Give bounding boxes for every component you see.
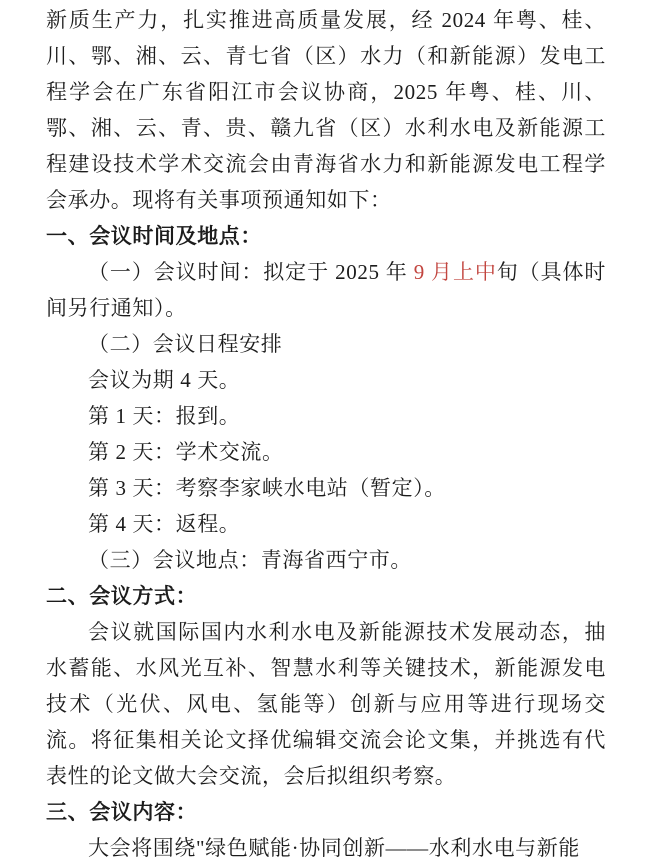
paragraph: 第 2 天：学术交流。 bbox=[46, 434, 606, 470]
paragraph: （二）会议日程安排 bbox=[46, 326, 606, 362]
document-content: 新质生产力，扎实推进高质量发展，经 2024 年粤、桂、川、鄂、湘、云、青七省（… bbox=[46, 2, 606, 866]
section-heading: 二、会议方式： bbox=[46, 578, 606, 614]
text-run: 第 2 天：学术交流。 bbox=[88, 440, 284, 464]
paragraph: 新质生产力，扎实推进高质量发展，经 2024 年粤、桂、川、鄂、湘、云、青七省（… bbox=[46, 2, 606, 218]
paragraph: （三）会议地点：青海省西宁市。 bbox=[46, 542, 606, 578]
text-run: 第 4 天：返程。 bbox=[88, 512, 240, 536]
paragraph: 第 4 天：返程。 bbox=[46, 506, 606, 542]
text-run: 会议为期 4 天。 bbox=[88, 368, 240, 392]
text-run: 第 1 天：报到。 bbox=[88, 404, 240, 428]
paragraph: 第 3 天：考察李家峡水电站（暂定）。 bbox=[46, 470, 606, 506]
paragraph: 第 1 天：报到。 bbox=[46, 398, 606, 434]
text-run: （一）会议时间：拟定于 2025 年 bbox=[88, 260, 414, 284]
text-run: 新质生产力，扎实推进高质量发展，经 2024 年粤、桂、川、鄂、湘、云、青七省（… bbox=[46, 8, 606, 212]
text-run: （二）会议日程安排 bbox=[88, 332, 282, 356]
text-run: 二、会议方式： bbox=[46, 584, 197, 608]
text-run: 大会将围绕"绿色赋能·协同创新——水利水电与新能 bbox=[88, 836, 580, 860]
highlighted-date-text: 9 月上中 bbox=[414, 260, 497, 284]
paragraph: （一）会议时间：拟定于 2025 年 9 月上中旬（具体时间另行通知）。 bbox=[46, 254, 606, 326]
text-run: 一、会议时间及地点： bbox=[46, 224, 262, 248]
section-heading: 三、会议内容： bbox=[46, 794, 606, 830]
document-page: 新质生产力，扎实推进高质量发展，经 2024 年粤、桂、川、鄂、湘、云、青七省（… bbox=[0, 0, 650, 866]
text-run: 三、会议内容： bbox=[46, 800, 197, 824]
paragraph: 会议就国际国内水利水电及新能源技术发展动态，抽水蓄能、水风光互补、智慧水利等关键… bbox=[46, 614, 606, 794]
text-run: （三）会议地点：青海省西宁市。 bbox=[88, 548, 412, 572]
paragraph: 大会将围绕"绿色赋能·协同创新——水利水电与新能 bbox=[46, 830, 606, 866]
text-run: 第 3 天：考察李家峡水电站（暂定）。 bbox=[88, 476, 446, 500]
section-heading: 一、会议时间及地点： bbox=[46, 218, 606, 254]
paragraph: 会议为期 4 天。 bbox=[46, 362, 606, 398]
text-run: 会议就国际国内水利水电及新能源技术发展动态，抽水蓄能、水风光互补、智慧水利等关键… bbox=[46, 620, 606, 788]
